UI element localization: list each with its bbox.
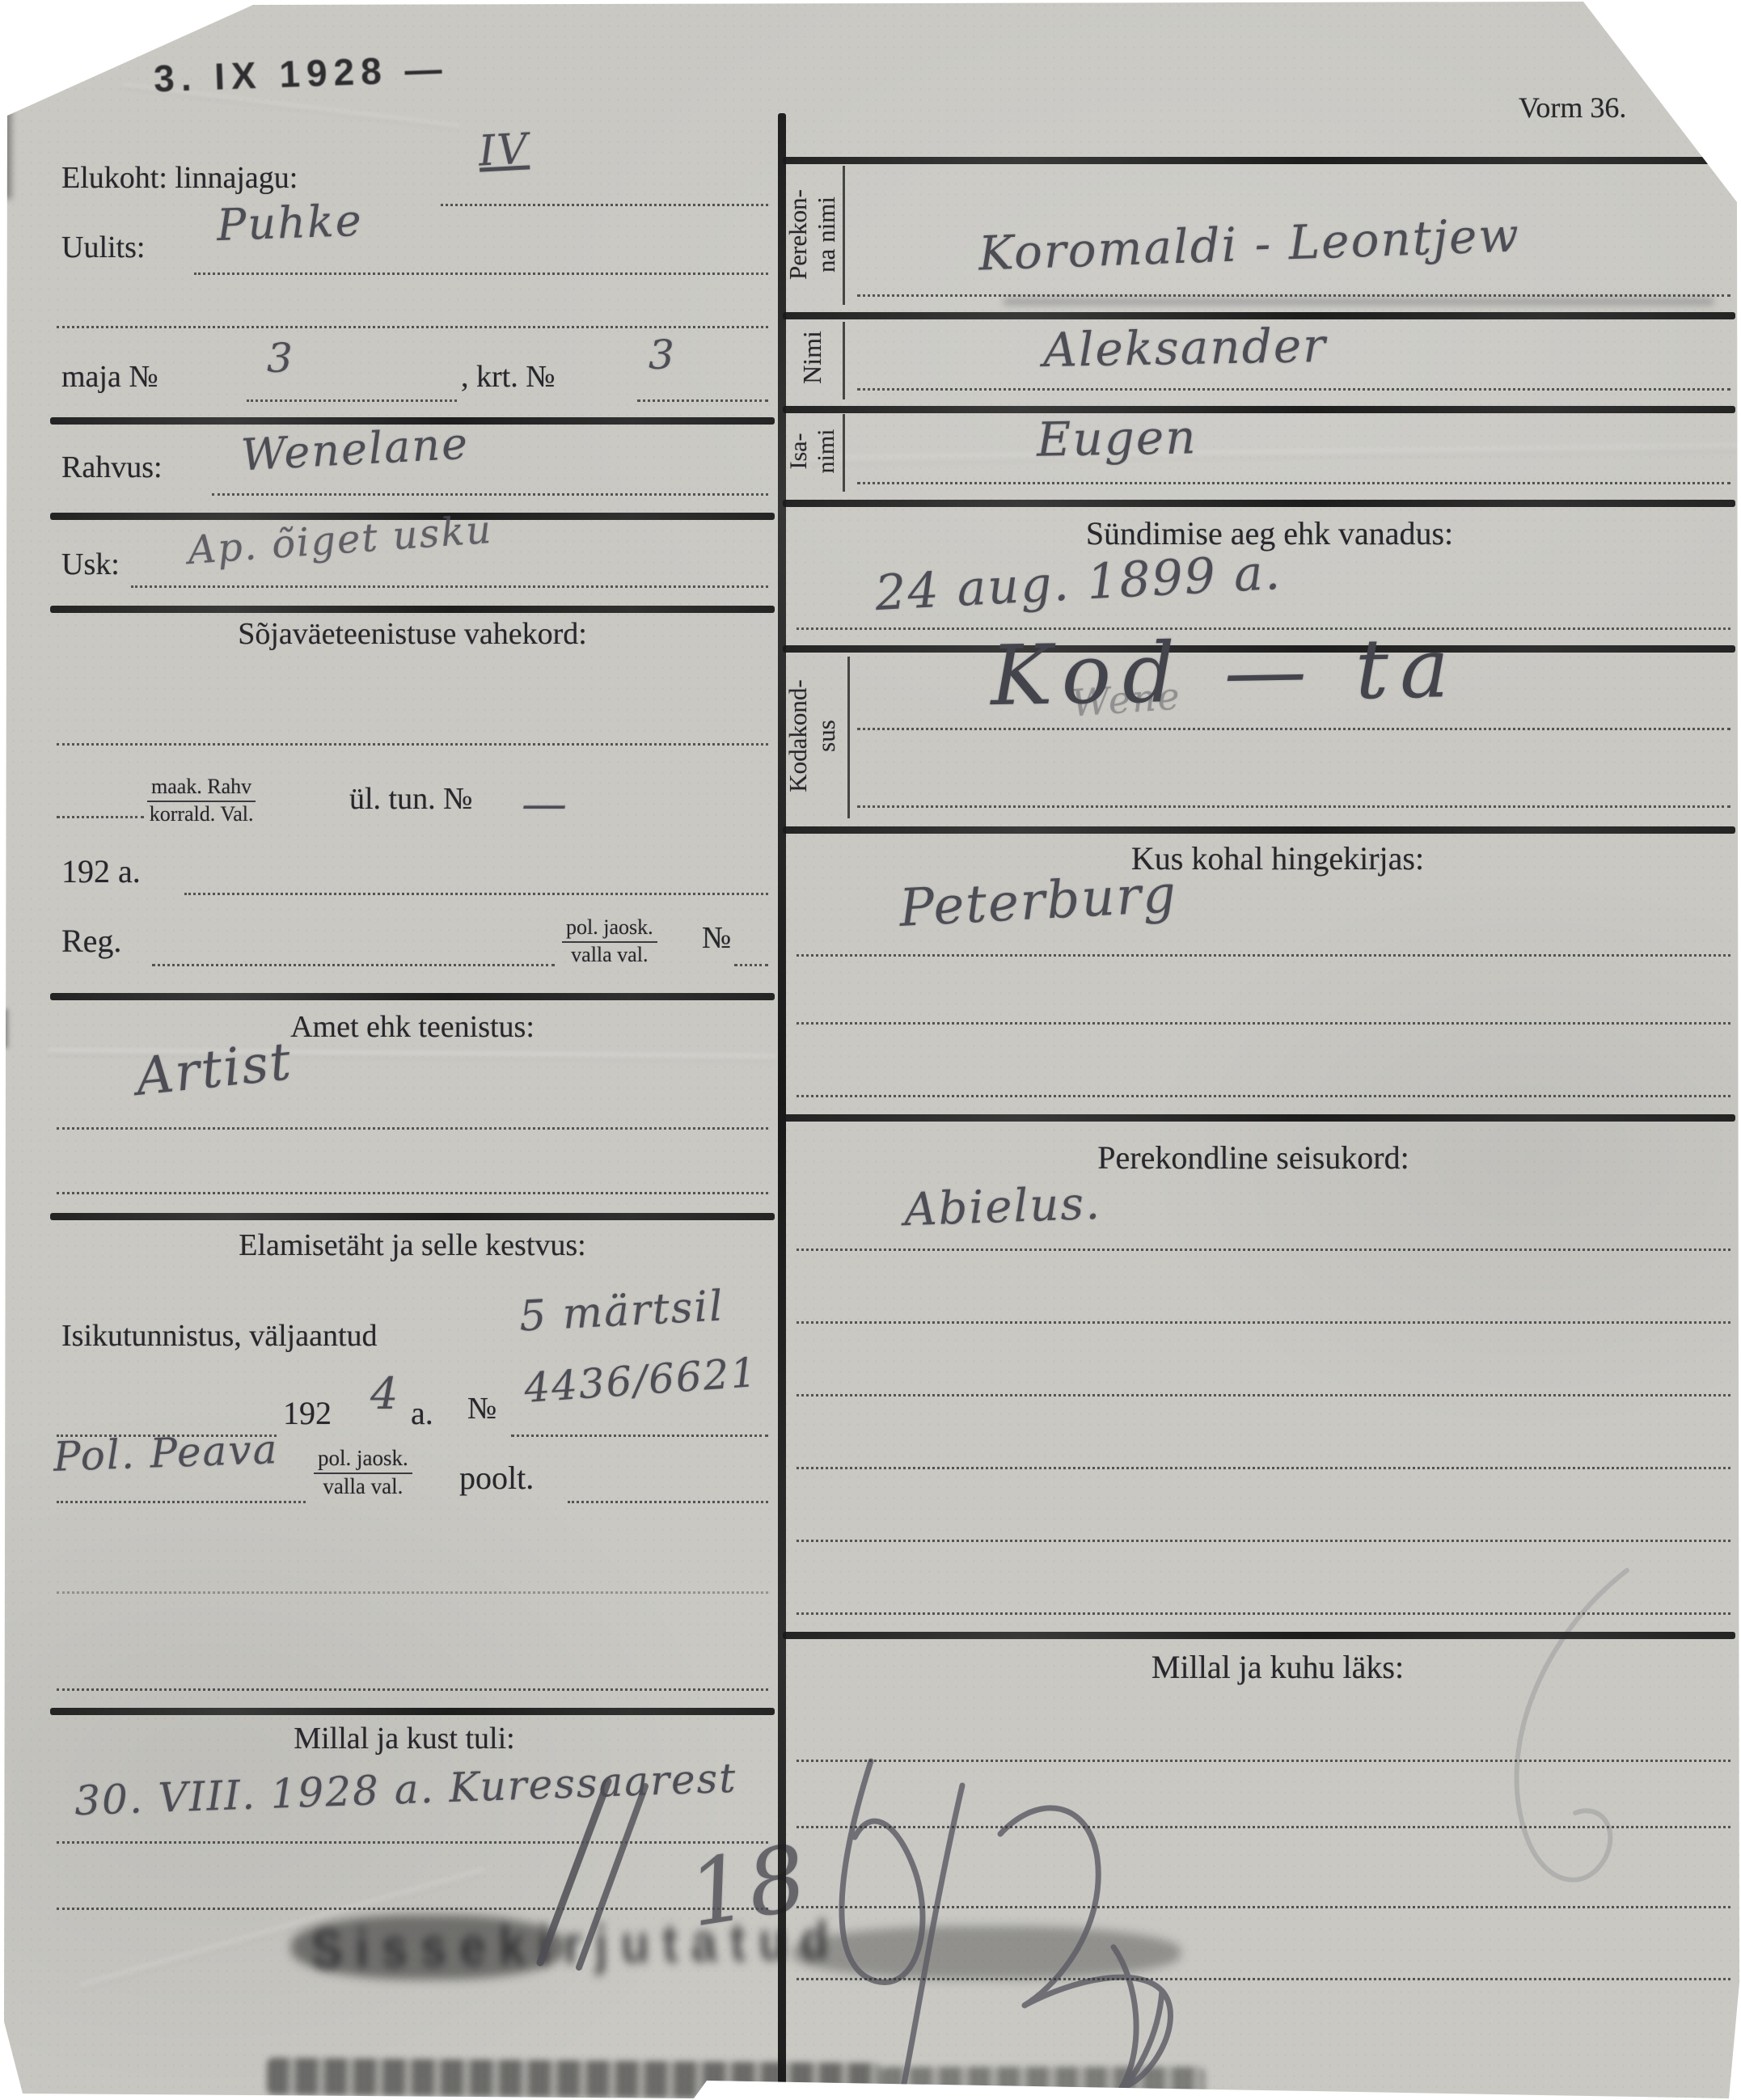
fraction-pol-valla-2: pol. jaosk. valla val. bbox=[314, 1446, 412, 1500]
section-header-millal-laks: Millal ja kuhu läks: bbox=[970, 1648, 1585, 1686]
dotted-line bbox=[797, 1394, 1730, 1396]
field-sundimise-value: 24 aug. 1899 a. bbox=[874, 544, 1283, 622]
vlabel-line: Nimi bbox=[798, 331, 827, 384]
section-header-millal-tuli: Millal ja kust tuli: bbox=[146, 1721, 663, 1756]
field-krt-value: 3 bbox=[649, 332, 676, 378]
section-rule bbox=[50, 1213, 775, 1220]
fraction-bottom: valla val. bbox=[323, 1474, 403, 1500]
label-rule bbox=[843, 414, 845, 492]
field-hingekirjas-value: Peterburg bbox=[898, 864, 1178, 939]
section-rule bbox=[783, 1632, 1735, 1639]
field-krt-label: , krt. № bbox=[461, 359, 555, 395]
fraction-maak-korrald: maak. Rahv korrald. Val. bbox=[147, 775, 256, 826]
stamp-smudge bbox=[267, 2058, 881, 2100]
field-usk-label: Usk: bbox=[61, 547, 120, 582]
field-nimi-value: Aleksander bbox=[1042, 318, 1327, 378]
dotted-line bbox=[797, 1249, 1730, 1251]
date-stamp: 3. IX 1928 — bbox=[153, 47, 449, 101]
scan-edge-shadow bbox=[0, 1009, 8, 1048]
fraction-top: pol. jaosk. bbox=[314, 1446, 412, 1474]
vlabel-line: Isa- bbox=[785, 433, 813, 470]
dotted-line bbox=[637, 399, 768, 402]
label-rule bbox=[843, 166, 845, 305]
field-polpeava-value: Pol. Peava bbox=[53, 1426, 279, 1481]
field-nimi-label: Nimi bbox=[795, 297, 830, 418]
section-rule bbox=[783, 826, 1735, 834]
fraction-pol-valla: pol. jaosk. valla val. bbox=[562, 915, 657, 967]
label-rule bbox=[843, 322, 845, 399]
section-rule bbox=[783, 406, 1735, 413]
dotted-line bbox=[184, 893, 768, 895]
field-uulits-value: Puhke bbox=[216, 195, 364, 251]
dotted-line bbox=[152, 964, 555, 966]
dotted-line bbox=[57, 1501, 306, 1503]
field-poolt-label: poolt. bbox=[459, 1459, 534, 1497]
stamp-date-mark: 18 bbox=[682, 1825, 815, 1947]
dotted-line bbox=[857, 728, 1730, 730]
section-header-sojavae: Sõjaväeteenistuse vahekord: bbox=[129, 616, 695, 652]
field-maja-value: 3 bbox=[267, 335, 294, 382]
field-year2-prefix: 192 bbox=[283, 1394, 332, 1432]
field-year2-a: a. bbox=[411, 1394, 433, 1432]
dotted-line bbox=[57, 1908, 768, 1910]
field-kodakondsus-label: Kodakond- sus bbox=[780, 647, 845, 825]
field-docno-sign: № bbox=[467, 1391, 497, 1426]
dotted-line bbox=[57, 1591, 768, 1594]
field-rahvus-label: Rahvus: bbox=[61, 450, 163, 485]
dotted-line bbox=[797, 1826, 1730, 1828]
pen-slash-marks bbox=[518, 1775, 655, 1977]
signature bbox=[797, 1739, 1363, 2100]
vlabel-line: na nimi bbox=[813, 196, 841, 273]
vlabel-line: nimi bbox=[813, 429, 840, 474]
dotted-line bbox=[212, 493, 768, 496]
dotted-line bbox=[194, 273, 768, 275]
dotted-line bbox=[131, 585, 768, 588]
vlabel-line: Kodakond- bbox=[784, 679, 813, 792]
fraction-bottom: korrald. Val. bbox=[150, 802, 254, 827]
form-number: Vorm 36. bbox=[1519, 91, 1626, 125]
dotted-line bbox=[797, 1906, 1730, 1908]
field-uulits-label: Uulits: bbox=[61, 230, 145, 265]
dotted-line bbox=[57, 1841, 768, 1844]
dotted-line bbox=[797, 1612, 1730, 1615]
dotted-line bbox=[57, 326, 768, 328]
fraction-top: maak. Rahv bbox=[147, 775, 256, 802]
field-kodakondsus-value: Kod — ta bbox=[990, 620, 1461, 725]
dotted-line bbox=[57, 743, 768, 746]
section-header-perekondline: Perekondline seisukord: bbox=[930, 1139, 1577, 1177]
field-year192-label: 192 a. bbox=[61, 852, 141, 890]
field-isanimi-label: Isa- nimi bbox=[784, 407, 841, 496]
dotted-line bbox=[57, 816, 144, 818]
pencil-smear bbox=[1003, 298, 1714, 306]
vlabel-line: sus bbox=[813, 720, 841, 752]
dotted-line bbox=[857, 388, 1730, 391]
field-elukoht-label: Elukoht: linnajagu: bbox=[61, 160, 298, 196]
section-rule bbox=[783, 1114, 1735, 1122]
paper-sheet: 3. IX 1928 — Vorm 36. Elukoht: linnajagu… bbox=[0, 0, 1741, 2100]
fraction-bottom: valla val. bbox=[571, 943, 648, 968]
field-perekonnanimi-label: Perekon- na nimi bbox=[782, 154, 843, 315]
field-year2-value: 4 bbox=[370, 1368, 399, 1419]
dotted-line bbox=[247, 399, 457, 402]
label-rule bbox=[847, 657, 850, 818]
dotted-line bbox=[568, 1501, 768, 1503]
field-isiku-value: 5 märtsil bbox=[518, 1282, 725, 1341]
section-rule bbox=[783, 500, 1735, 507]
section-header-elamisetaht: Elamisetäht ja selle kestvus: bbox=[89, 1227, 736, 1263]
scan-edge-shadow bbox=[0, 70, 11, 199]
dotted-line bbox=[857, 805, 1730, 808]
field-rahvus-value: Wenelane bbox=[240, 418, 471, 481]
field-ultun-value: — bbox=[522, 778, 568, 830]
vlabel-line: Perekon- bbox=[784, 189, 813, 280]
pencil-mark bbox=[1310, 1536, 1682, 1925]
dotted-line bbox=[57, 1688, 768, 1691]
field-perekonnanimi-value: Koromaldi - Leontjew bbox=[978, 207, 1521, 281]
dotted-line bbox=[797, 1760, 1730, 1762]
dotted-line bbox=[797, 1467, 1730, 1469]
dotted-line bbox=[797, 1978, 1730, 1980]
section-rule bbox=[50, 606, 775, 613]
dotted-line bbox=[797, 1095, 1730, 1097]
field-reg-no-sign: № bbox=[702, 920, 731, 956]
field-isiku-label: Isikutunnistus, väljaantud bbox=[61, 1318, 378, 1354]
dotted-line bbox=[857, 294, 1730, 297]
dotted-line bbox=[797, 1022, 1730, 1025]
dotted-line bbox=[57, 1192, 768, 1194]
dotted-line bbox=[797, 954, 1730, 957]
field-perekondline-value: Abielus. bbox=[903, 1177, 1102, 1236]
scanned-document: { "header": { "vorm": "Vorm 36.", "stamp… bbox=[0, 0, 1741, 2100]
section-rule bbox=[50, 993, 775, 1000]
section-rule bbox=[783, 157, 1735, 164]
field-reg-label: Reg. bbox=[61, 922, 121, 960]
paper-crease bbox=[809, 443, 1739, 466]
dotted-line bbox=[857, 482, 1730, 484]
field-docno-value: 4436/6621 bbox=[522, 1349, 759, 1412]
field-ultun-label: ül. tun. № bbox=[349, 781, 472, 817]
dotted-line bbox=[734, 964, 768, 966]
section-rule bbox=[50, 1708, 775, 1715]
dotted-line bbox=[797, 1321, 1730, 1324]
dotted-line bbox=[57, 1127, 768, 1130]
fraction-top: pol. jaosk. bbox=[562, 915, 657, 943]
field-isanimi-value: Eugen bbox=[1036, 409, 1198, 467]
field-maja-label: maja № bbox=[61, 359, 158, 395]
field-elukoht-value: IV bbox=[477, 125, 530, 175]
dotted-line bbox=[797, 1540, 1730, 1542]
dotted-line bbox=[441, 204, 768, 206]
dotted-line bbox=[511, 1435, 768, 1437]
